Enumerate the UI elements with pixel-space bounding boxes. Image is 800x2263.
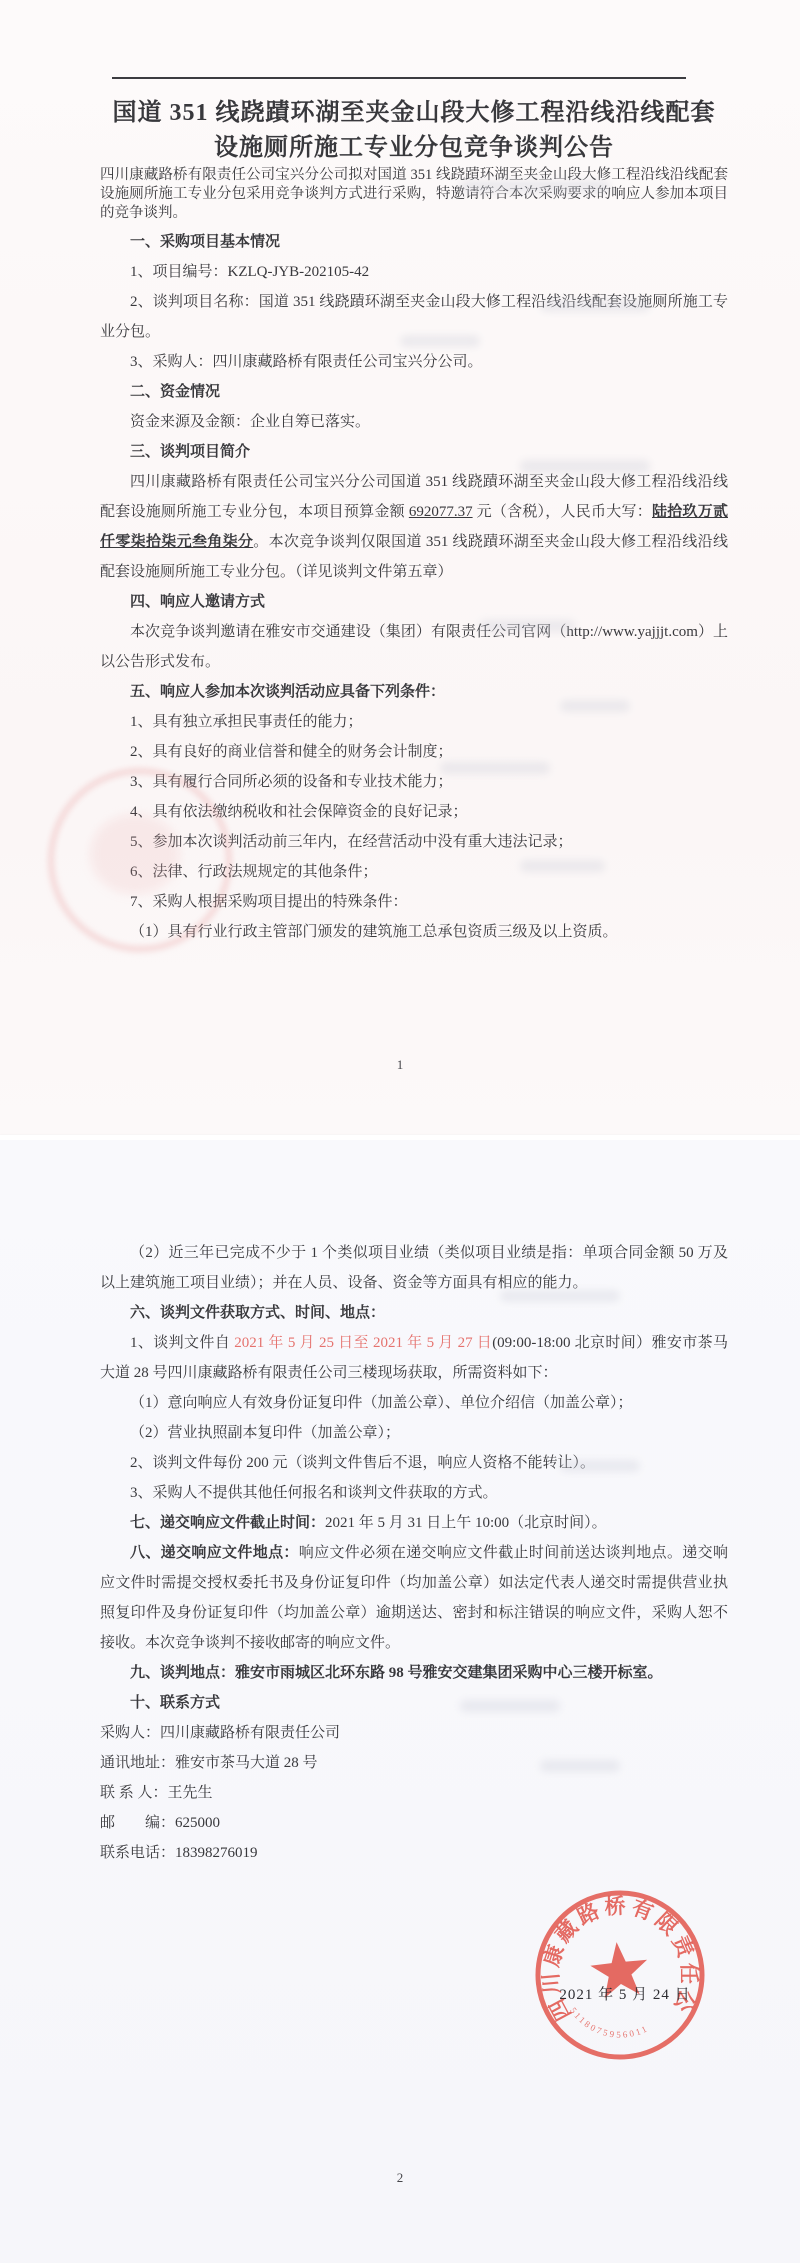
section-7-label: 七、递交响应文件截止时间： xyxy=(130,1515,325,1531)
budget-amount-digits: 692077.37 xyxy=(409,504,473,520)
obtain-required-doc-2: （2）营业执照副本复印件（加盖公章）； xyxy=(100,1418,728,1448)
obtain-date-range: 2021 年 5 月 25 日至 2021 年 5 月 27 日 xyxy=(234,1335,492,1351)
scanned-document: 国道 351 线跷蹟环湖至夹金山段大修工程沿线沿线配套 设施厕所施工专业分包竞争… xyxy=(0,0,800,2263)
obtain-text-1: 1、谈判文件自 xyxy=(130,1335,234,1351)
brief-text-2: 元（含税），人民币大写： xyxy=(473,504,652,520)
issue-date: 2021 年 5 月 24 日 xyxy=(540,1983,710,2004)
condition-item: 2、具有良好的商业信誉和健全的财务会计制度； xyxy=(100,737,728,767)
page-number-1: 1 xyxy=(0,1057,800,1073)
seal-serial-number: 5118075956011 xyxy=(568,1998,651,2045)
bleedthrough-artifact xyxy=(560,1460,640,1472)
negotiation-place-line: 九、谈判地点：雅安市雨城区北环东路 98 号雅安交建集团采购中心三楼开标室。 xyxy=(100,1658,728,1688)
bleedthrough-artifact xyxy=(460,180,610,193)
section-1-heading: 一、采购项目基本情况 xyxy=(100,227,728,257)
bleedthrough-artifact xyxy=(540,1760,620,1772)
header-rule xyxy=(112,77,686,79)
document-title-line2: 设施厕所施工专业分包竞争谈判公告 xyxy=(100,131,728,166)
document-title-line1: 国道 351 线跷蹟环湖至夹金山段大修工程沿线沿线配套 xyxy=(100,96,728,131)
document-title: 国道 351 线跷蹟环湖至夹金山段大修工程沿线沿线配套 设施厕所施工专业分包竞争… xyxy=(100,96,728,166)
svg-text:5118075956011: 5118075956011 xyxy=(568,1998,651,2045)
contact-address-line: 通讯地址：雅安市茶马大道 28 号 xyxy=(100,1748,728,1778)
purchaser-line: 3、采购人：四川康藏路桥有限责任公司宝兴分公司。 xyxy=(100,347,728,377)
document-obtain-paragraph: 1、谈判文件自 2021 年 5 月 25 日至 2021 年 5 月 27 日… xyxy=(100,1328,728,1388)
obtain-required-doc-1: （1）意向响应人有效身份证复印件（加盖公章）、单位介绍信（加盖公章）； xyxy=(100,1388,728,1418)
section-6-heading: 六、谈判文件获取方式、时间、地点： xyxy=(100,1298,728,1328)
deadline-line: 七、递交响应文件截止时间：2021 年 5 月 31 日上午 10:00（北京时… xyxy=(100,1508,728,1538)
bleedthrough-artifact xyxy=(520,860,605,872)
section-10-heading: 十、联系方式 xyxy=(100,1688,728,1718)
bleedthrough-artifact xyxy=(560,700,630,712)
funding-line: 资金来源及金额：企业自筹已落实。 xyxy=(100,407,728,437)
page-2: （2）近三年已完成不少于 1 个类似项目业绩（类似项目业绩是指：单项合同金额 5… xyxy=(0,1140,800,2263)
contact-postcode-line: 邮 编：625000 xyxy=(100,1808,728,1838)
bleedthrough-artifact xyxy=(520,460,650,473)
bleedthrough-artifact xyxy=(540,300,650,312)
bleedthrough-artifact xyxy=(500,1290,620,1302)
page-1: 国道 351 线跷蹟环湖至夹金山段大修工程沿线沿线配套 设施厕所施工专业分包竞争… xyxy=(0,0,800,1135)
no-other-method-line: 3、采购人不提供其他任何报名和谈判文件获取的方式。 xyxy=(100,1478,728,1508)
section-5-heading: 五、响应人参加本次谈判活动应具备下列条件： xyxy=(100,677,728,707)
condition-subitem-2: （2）近三年已完成不少于 1 个类似项目业绩（类似项目业绩是指：单项合同金额 5… xyxy=(100,1238,728,1298)
page-number-2: 2 xyxy=(0,2170,800,2186)
submission-place-paragraph: 八、递交响应文件地点：响应文件必须在递交响应文件截止时间前送达谈判地点。递交响应… xyxy=(100,1538,728,1658)
contact-phone-line: 联系电话：18398276019 xyxy=(100,1838,728,1868)
bleedthrough-artifact xyxy=(460,1700,560,1712)
contact-buyer-line: 采购人：四川康藏路桥有限责任公司 xyxy=(100,1718,728,1748)
section-4-heading: 四、响应人邀请方式 xyxy=(100,587,728,617)
bleedthrough-artifact xyxy=(480,620,575,632)
bleedthrough-artifact xyxy=(400,335,480,347)
company-seal: 四川康藏路桥有限责任公司 5118075956011 xyxy=(510,1865,730,2085)
deadline-value: 2021 年 5 月 31 日上午 10:00（北京时间）。 xyxy=(325,1515,607,1531)
invitation-method-paragraph: 本次竞争谈判邀请在雅安市交通建设（集团）有限责任公司官网（http://www.… xyxy=(100,617,728,677)
contact-person-line: 联 系 人：王先生 xyxy=(100,1778,728,1808)
project-brief-paragraph: 四川康藏路桥有限责任公司宝兴分公司国道 351 线跷蹟环湖至夹金山段大修工程沿线… xyxy=(100,467,728,587)
condition-item: 1、具有独立承担民事责任的能力； xyxy=(100,707,728,737)
bleedthrough-artifact xyxy=(440,762,550,774)
stamp-bleedthrough xyxy=(48,768,232,952)
section-8-label: 八、递交响应文件地点： xyxy=(130,1545,299,1561)
intro-paragraph: 四川康藏路桥有限责任公司宝兴分公司拟对国道 351 线跷蹟环湖至夹金山段大修工程… xyxy=(100,166,728,223)
section-2-heading: 二、资金情况 xyxy=(100,377,728,407)
project-number-line: 1、项目编号：KZLQ-JYB-202105-42 xyxy=(100,257,728,287)
